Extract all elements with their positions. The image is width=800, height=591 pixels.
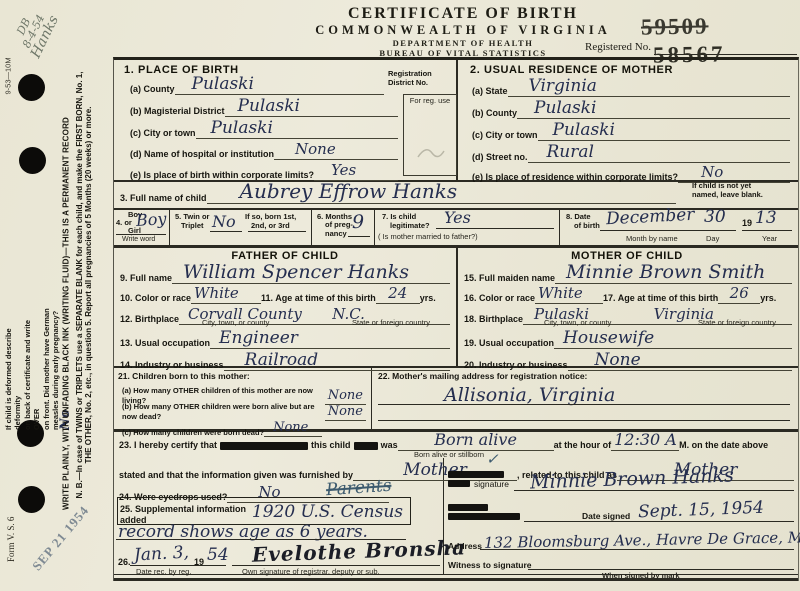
mother-age-label: 17. Age at time of this birth [603, 293, 718, 304]
mother-industry-field: None [568, 352, 792, 371]
child-name-value: Aubrey Effrow Hanks [240, 182, 458, 201]
mother-industry-label: 20. Industry or business [464, 360, 568, 371]
city-or-town-field: Pulaski [196, 120, 399, 139]
mailing-address-title: 22. Mother's mailing address for registr… [378, 371, 587, 382]
dob-sub-day: Day [706, 234, 719, 243]
residence-county-field: Pulaski [517, 100, 790, 119]
residence-city-label: (c) City or town [472, 130, 538, 141]
residence-city-field: Pulaski [538, 122, 791, 141]
father-birthplace-sub-state: State or foreign country [352, 318, 430, 327]
twin-label-2: Triplet [181, 221, 204, 230]
document-header: CERTIFICATE OF BIRTH COMMONWEALTH OF VIR… [113, 0, 797, 57]
father-birthplace-label: 12. Birthplace [120, 314, 179, 325]
deformity-instructions: If child is deformed describe deformity … [4, 300, 42, 430]
document-title: CERTIFICATE OF BIRTH [253, 5, 673, 23]
mother-name-value: Minnie Brown Smith [566, 263, 765, 281]
witness-field [528, 569, 794, 570]
child-name-label: 3. Full name of child [120, 193, 207, 204]
punch-hole [19, 147, 46, 174]
birth-certificate-document: { "header": { "title": "CERTIFICATE OF B… [0, 0, 800, 591]
father-name-label: 9. Full name [120, 273, 172, 284]
supplemental-info-box: 25. Supplemental information added 1920 … [117, 497, 411, 525]
legitimate-sub: ( Is mother married to father?) [378, 232, 478, 241]
date-received-sub: Date rec. by reg. [136, 567, 191, 576]
legitimate-label-1: 7. Is child [382, 212, 416, 221]
twin-order-label-2: 2nd, or 3rd [251, 221, 290, 230]
mother-age-field: 26 [718, 285, 760, 304]
supplemental-extra-note: record shows age as 6 years. [118, 524, 368, 540]
dob-label-2: of birth [574, 221, 600, 230]
address-value: 132 Bloomsburg Ave., Havre De Grace, Md. [484, 530, 800, 550]
commonwealth-line: COMMONWEALTH OF VIRGINIA [253, 23, 673, 38]
dob-year-prefix: 19 [742, 218, 752, 229]
for-reg-use-box: For reg. use [403, 94, 457, 176]
street-no-field: Rural [528, 144, 791, 163]
date-signed-label: Date signed [582, 511, 630, 521]
redacted-label [448, 504, 488, 511]
redacted-text [220, 442, 308, 450]
legitimate-label-2: legitimate? [390, 221, 430, 230]
for-reg-use-label: For reg. use [404, 96, 456, 105]
certify-label-3: was [381, 440, 398, 451]
mother-occupation-label: 19. Usual occupation [464, 338, 554, 349]
dob-sub-year: Year [762, 234, 777, 243]
date-signed-value: Sept. 15, 1954 [638, 500, 764, 521]
twin-order-label-1: If so, born 1st, [245, 212, 296, 221]
father-occupation-label: 13. Usual occupation [120, 338, 210, 349]
form-number: Form V. S. 6 [6, 496, 16, 562]
write-word-sub: Write word [122, 236, 155, 244]
months-value: 9 [352, 213, 364, 231]
dob-year-value: 13 [755, 210, 777, 226]
state-field: Virginia [508, 78, 790, 97]
unnamed-child-note: If child is not yet named, leave blank. [692, 181, 792, 200]
write-plainly-note: WRITE PLAINLY, WITH UNFADING BLACK INK (… [62, 56, 71, 572]
county-field: Pulaski [175, 76, 385, 95]
mother-occupation-field: Housewife [554, 330, 792, 349]
child-name-field: Aubrey Effrow Hanks [207, 182, 676, 204]
certify-label-1: 23. I hereby certify that [119, 440, 217, 451]
redacted-text [354, 442, 378, 450]
mother-birthplace-sub-city: City, town, or county [544, 318, 611, 327]
punch-hole [18, 74, 45, 101]
certify-label-4: M. on the date above [679, 440, 768, 451]
form-body: 1. PLACE OF BIRTH Registration District … [113, 57, 799, 581]
mother-signature-value: Minnie Brown Hanks [530, 466, 734, 491]
children-dead-field: None [325, 402, 366, 421]
father-occupation-field: Engineer [210, 330, 450, 349]
dob-month-value: December [606, 207, 695, 228]
magisterial-district-label: (b) Magisterial District [130, 106, 225, 117]
dob-day-value: 30 [704, 209, 726, 225]
hour-label: at the hour of [554, 440, 612, 451]
date-received-year-prefix: 19 [194, 557, 204, 568]
state-label: (a) State [472, 86, 508, 97]
twin-order-field [248, 231, 306, 232]
furnished-by-label: stated and that the information given wa… [119, 470, 353, 481]
county-value: Pulaski [192, 76, 254, 92]
date-received-year: 54 [207, 547, 229, 563]
witness-label: Witness to signature [448, 560, 532, 570]
pencil-mark [416, 143, 446, 161]
redacted-label [448, 471, 504, 478]
redacted-label [448, 480, 470, 487]
months-label-2: of preg- [325, 220, 353, 229]
born-alive-field: Born alive [398, 432, 554, 451]
signature-label: signature [474, 479, 509, 489]
father-yrs-label: yrs. [420, 293, 436, 304]
father-industry-field: Railroad [224, 352, 450, 371]
registration-district-label: Registration District No. [388, 69, 454, 88]
father-age-label: 11. Age at time of this birth [261, 293, 376, 304]
sex-value: Boy [136, 211, 167, 228]
registered-no-old: 59509 [641, 13, 709, 40]
father-race-label: 10. Color or race [120, 293, 191, 304]
mother-yrs-label: yrs. [760, 293, 776, 304]
father-industry-label: 14. Industry or business [120, 360, 224, 371]
children-born-title: 21. Children born to this mother: [118, 371, 250, 382]
mother-race-label: 16. Color or race [464, 293, 535, 304]
hour-field: 12:30 A [611, 432, 679, 451]
mother-name-field: Minnie Brown Smith [555, 263, 792, 284]
redacted-label [448, 513, 520, 520]
mother-birthplace-label: 18. Birthplace [464, 314, 523, 325]
check-mark: ✓ [486, 452, 499, 466]
father-name-value: William Spencer Hanks [183, 263, 409, 281]
dob-label-1: 8. Date [566, 212, 591, 221]
hospital-field: None [274, 141, 398, 160]
certify-label-2: this child [311, 440, 351, 451]
registrar-signature: Evelothe Bronsha [252, 538, 467, 564]
father-birthplace-sub-city: City, town, or county [202, 318, 269, 327]
street-no-label: (d) Street no. [472, 152, 528, 163]
father-age-field: 24 [376, 285, 420, 304]
address-label: Address [448, 541, 482, 551]
mother-name-label: 15. Full maiden name [464, 273, 555, 284]
punch-hole [18, 486, 45, 513]
pencil-annotation: DB 8-4-54 Hanks [3, 0, 66, 71]
mother-race-field: White [535, 285, 603, 304]
mother-birthplace-sub-state: State or foreign country [698, 318, 776, 327]
registered-no-label: Registered No. [585, 41, 651, 53]
hospital-label: (d) Name of hospital or institution [130, 149, 274, 160]
signed-by-mark-sub: When signed by mark [602, 571, 680, 580]
city-or-town-label: (c) City or town [130, 128, 196, 139]
father-name-field: William Spencer Hanks [172, 263, 450, 284]
date-received-value: Jan. 3, [134, 545, 190, 564]
section2-title: 2. USUAL RESIDENCE OF MOTHER [470, 64, 673, 76]
months-label-3: nancy [325, 229, 347, 238]
county-label: (a) County [130, 84, 175, 95]
residence-county-label: (b) County [472, 108, 517, 119]
legitimate-value: Yes [444, 210, 471, 225]
father-race-field: White [191, 285, 261, 304]
twin-value: No [212, 214, 236, 229]
dob-sub-month: Month by name [626, 234, 678, 243]
magisterial-district-field: Pulaski [225, 98, 398, 117]
mailing-address-value: Allisonia, Virginia [444, 386, 615, 404]
item26-number: 26. [118, 557, 131, 568]
twin-label-1: 5. Twin or [175, 212, 209, 221]
registrar-signature-sub: Own signature of registrar, deputy or su… [242, 567, 380, 576]
born-alive-sub: Born alive or stillborn [414, 450, 484, 459]
